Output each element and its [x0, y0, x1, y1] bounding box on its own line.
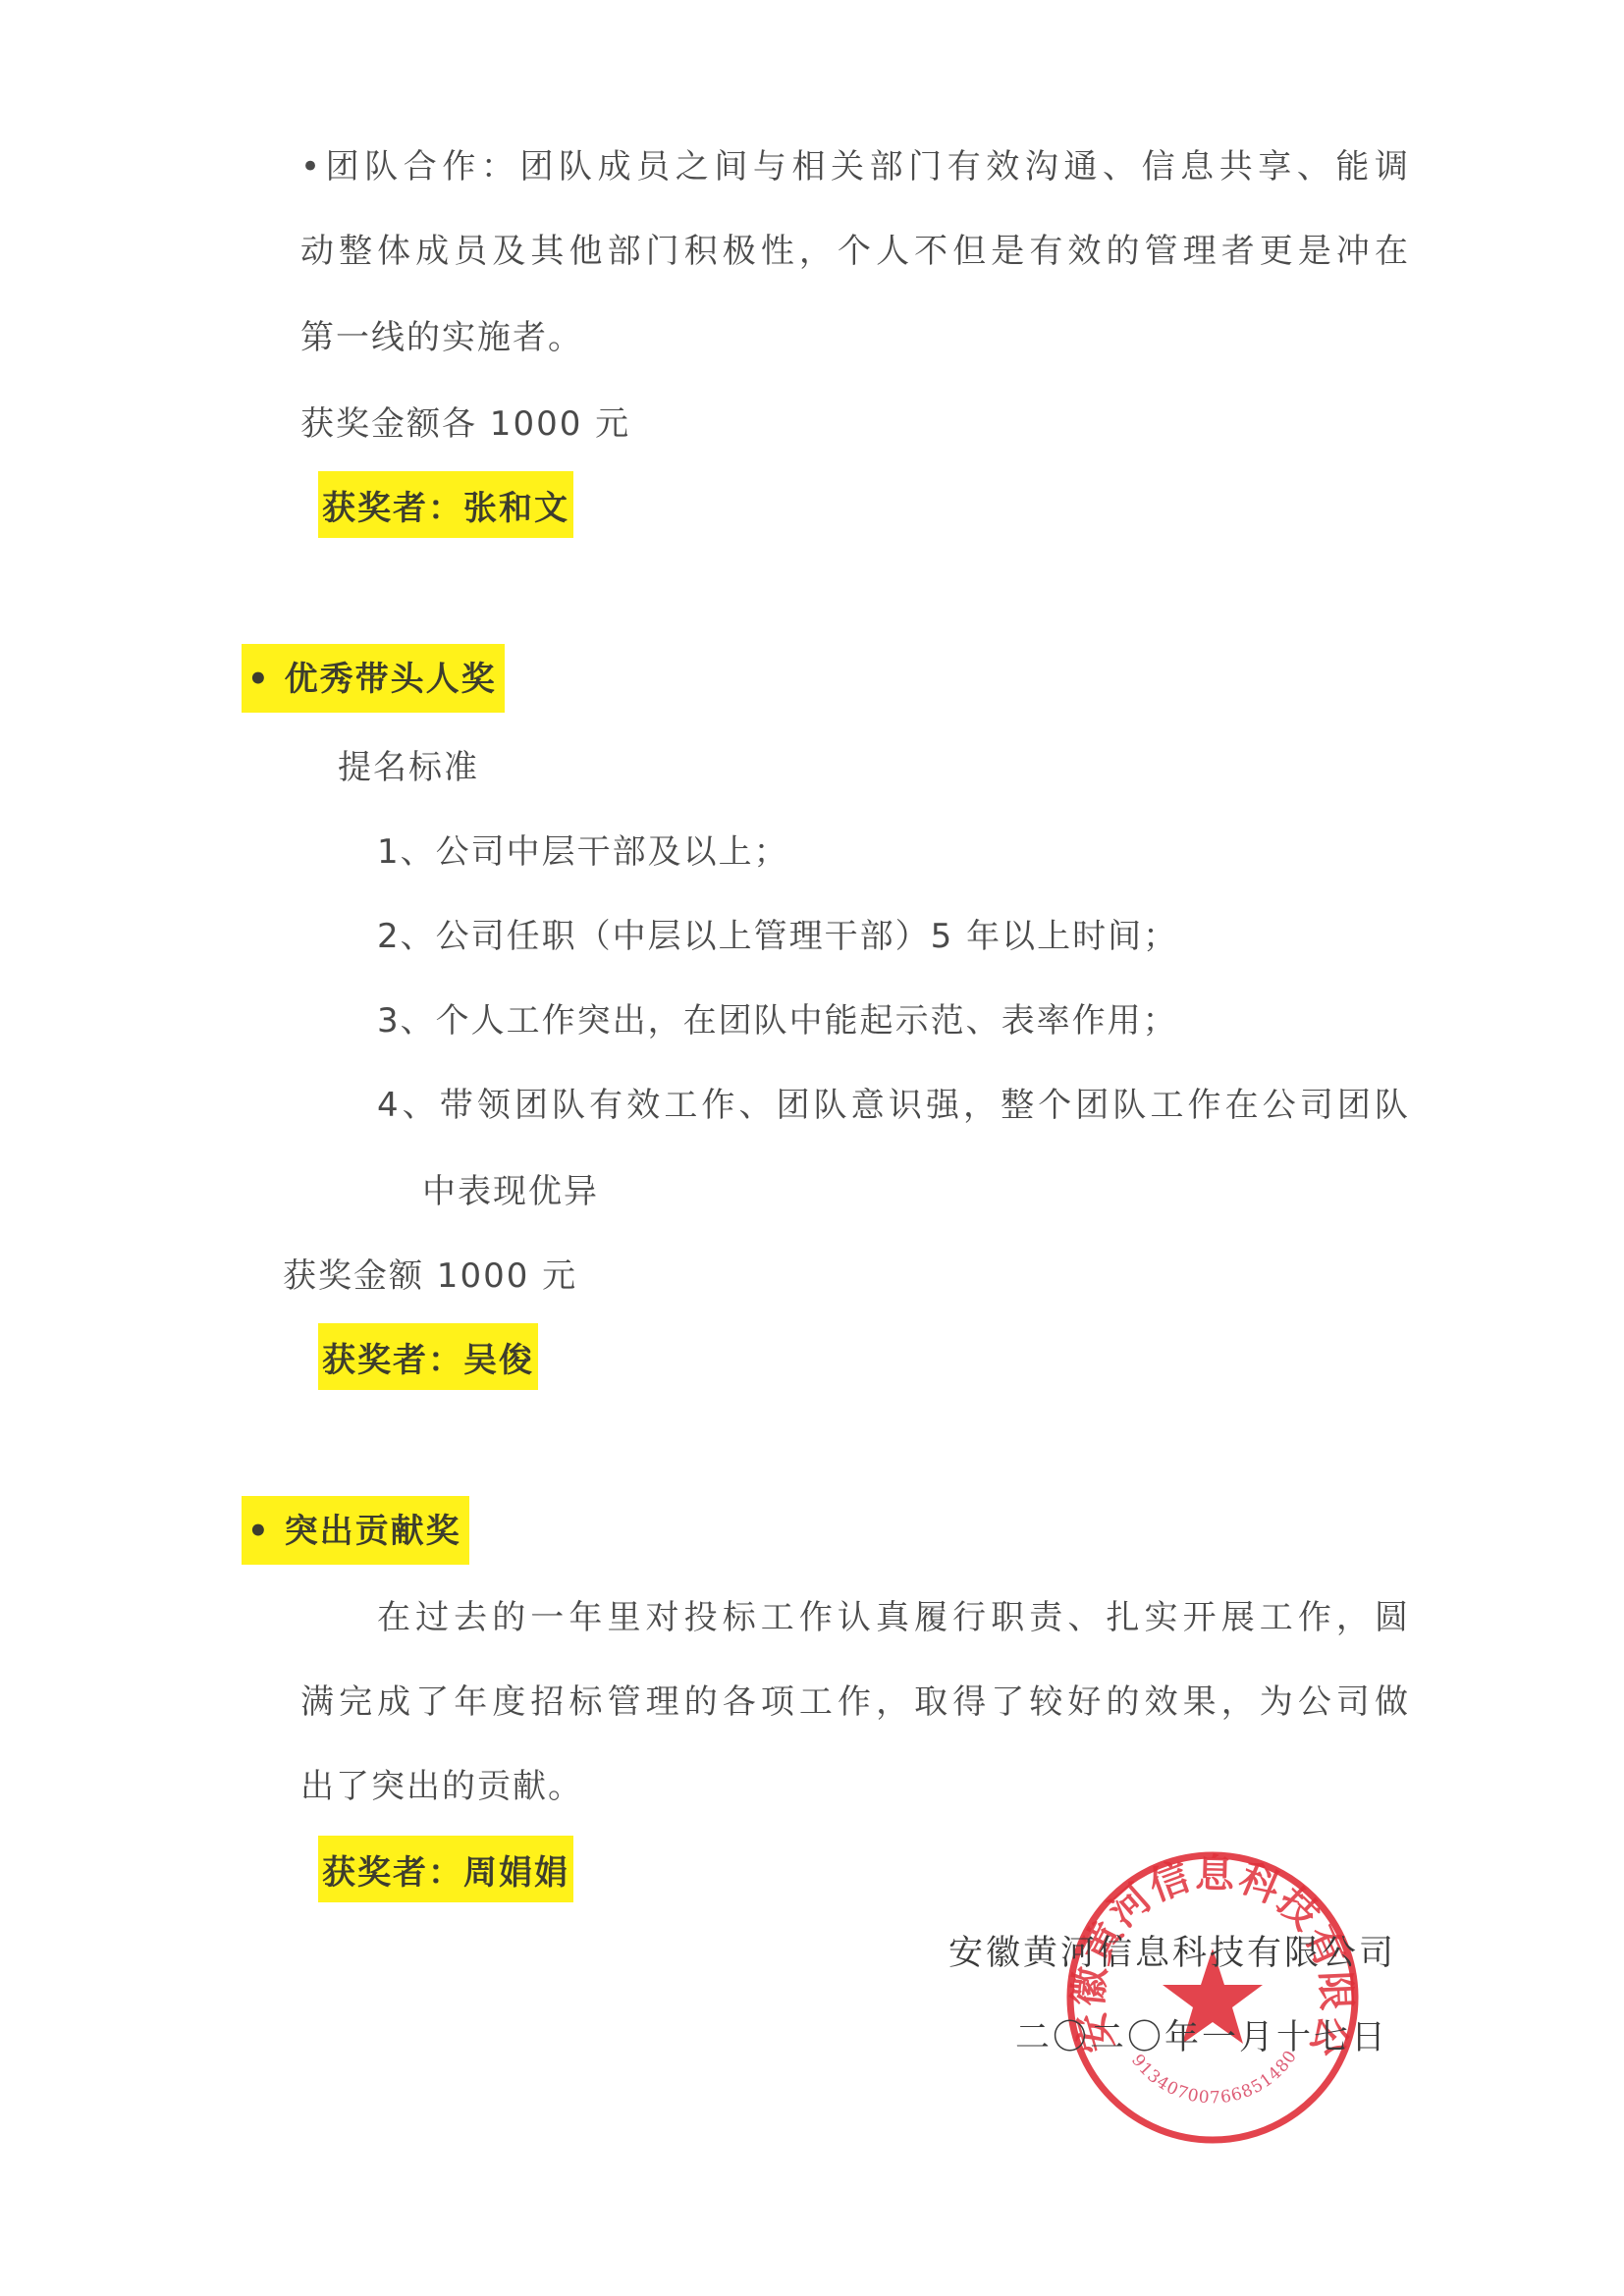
leader-award-amount: 获奖金额 1000 元	[283, 1255, 577, 1298]
team-cooperation-amount: 获奖金额各 1000 元	[300, 402, 630, 446]
leader-award-criterion-4-cont: 中表现优异	[422, 1170, 599, 1213]
contribution-award-line-1: 在过去的一年里对投标工作认真履行职责、扎实开展工作，圆	[377, 1596, 1410, 1639]
leader-award-criterion-4: 4、带领团队有效工作、团队意识强，整个团队工作在公司团队	[377, 1084, 1410, 1127]
contribution-award-winner: 获奖者：周娟娟	[318, 1836, 573, 1902]
contribution-award-line-3: 出了突出的贡献。	[300, 1765, 583, 1808]
team-cooperation-line-2: 动整体成员及其他部门积极性，个人不但是有效的管理者更是冲在	[300, 230, 1410, 273]
leader-award-criterion-3: 3、个人工作突出，在团队中能起示范、表率作用；	[377, 999, 1178, 1042]
leader-award-winner: 获奖者：吴俊	[318, 1323, 538, 1390]
leader-award-title: • 优秀带头人奖	[242, 644, 505, 713]
team-cooperation-winner: 获奖者：张和文	[318, 471, 573, 538]
team-cooperation-line-1: •团队合作：团队成员之间与相关部门有效沟通、信息共享、能调	[300, 145, 1410, 188]
leader-award-criteria-label: 提名标准	[338, 746, 479, 789]
seal-icon: 安徽黄河信息科技有限公司 91340700766851480L	[1060, 1845, 1365, 2150]
signature-company: 安徽黄河信息科技有限公司	[948, 1932, 1396, 1975]
contribution-award-title: • 突出贡献奖	[242, 1496, 469, 1565]
signature-date: 二〇二〇年一月十七日	[1015, 2016, 1388, 2059]
company-seal: 安徽黄河信息科技有限公司 91340700766851480L	[1060, 1845, 1365, 2150]
team-cooperation-line-3: 第一线的实施者。	[300, 316, 583, 359]
leader-award-criterion-1: 1、公司中层干部及以上；	[377, 830, 789, 874]
contribution-award-line-2: 满完成了年度招标管理的各项工作，取得了较好的效果，为公司做	[300, 1681, 1410, 1724]
leader-award-criterion-2: 2、公司任职（中层以上管理干部）5 年以上时间；	[377, 915, 1178, 958]
